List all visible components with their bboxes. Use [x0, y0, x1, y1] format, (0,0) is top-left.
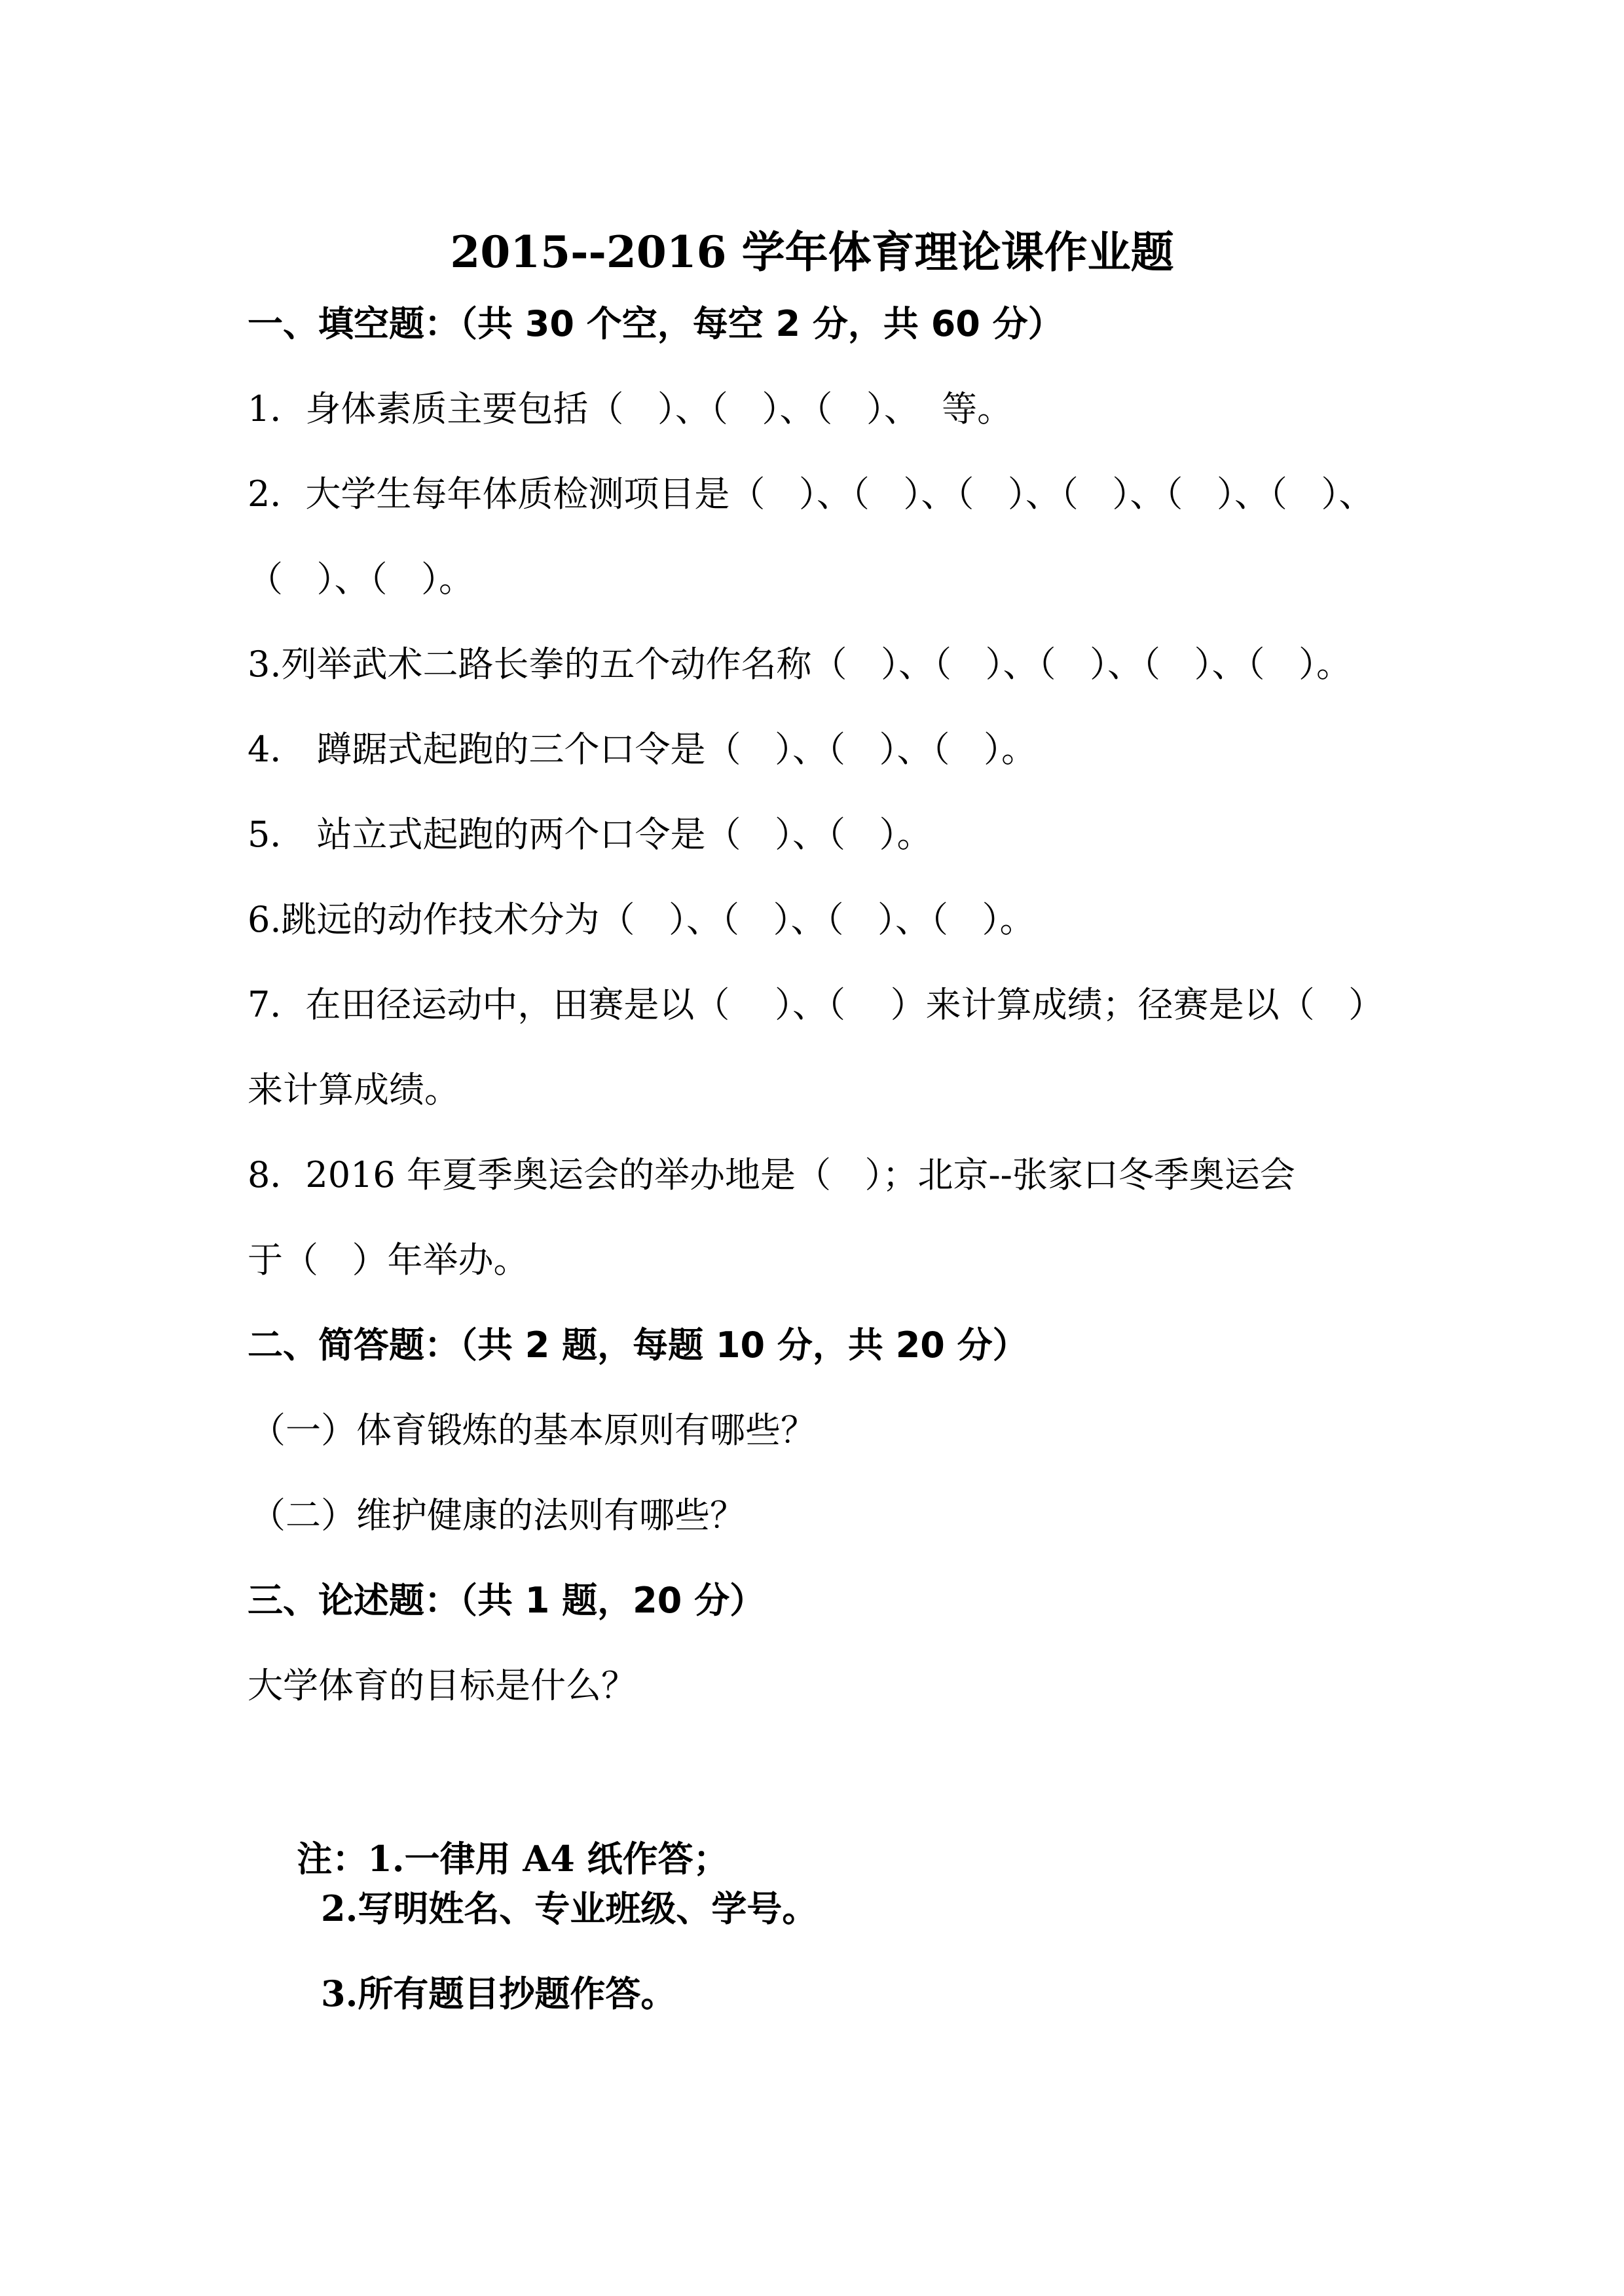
- question-8-cont: 于（ ）年举办。: [248, 1243, 529, 1278]
- question-5: 5． 站立式起跑的两个口令是（ ）、（ ）。: [248, 817, 932, 852]
- question-4: 4． 蹲踞式起跑的三个口令是（ ）、（ ）、（ ）。: [248, 732, 1037, 767]
- question-6: 6.跳远的动作技术分为（ ）、（ ）、（ ）、（ ）。: [248, 902, 1035, 938]
- short-answer-2: （二）维护健康的法则有哪些？: [250, 1498, 745, 1533]
- short-answer-1: （一）体育锻炼的基本原则有哪些？: [250, 1413, 816, 1448]
- question-2-cont: （ ）、（ ）。: [248, 562, 474, 597]
- note-item-2: 2.写明姓名、专业班级、学号。: [321, 1891, 817, 1926]
- section-heading-essay: 三、论述题：（共 1 题，20 分）: [248, 1583, 765, 1618]
- question-2: 2．大学生每年体质检测项目是（ ）、（ ）、（ ）、（ ）、（ ）、（ ）、: [248, 477, 1374, 512]
- question-3: 3.列举武术二路长拳的五个动作名称（ ）、（ ）、（ ）、（ ）、（ ）。: [248, 647, 1352, 682]
- question-7: 7．在田径运动中，田赛是以（ ）、（ ）来计算成绩；径赛是以（ ）: [248, 987, 1384, 1023]
- document-title: 2015--2016 学年体育理论课作业题: [0, 217, 1624, 280]
- question-7-cont: 来计算成绩。: [248, 1072, 460, 1108]
- section-heading-short-answer: 二、简答题：（共 2 题，每题 10 分，共 20 分）: [248, 1328, 1028, 1363]
- note-item-1: 1.一律用 A4 纸作答；: [367, 1838, 728, 1880]
- notes-label: 注：: [297, 1838, 367, 1880]
- question-1: 1．身体素质主要包括（ ）、（ ）、（ ）、 等。: [248, 392, 1012, 427]
- question-8: 8．2016 年夏季奥运会的举办地是（ ）；北京--张家口冬季奥运会: [248, 1157, 1295, 1193]
- note-item-3: 3.所有题目抄题作答。: [321, 1976, 676, 2011]
- essay-question: 大学体育的目标是什么？: [248, 1668, 637, 1704]
- document-page: 2015--2016 学年体育理论课作业题 一、填空题：（共 30 个空，每空 …: [0, 0, 1624, 2296]
- section-heading-fill-in: 一、填空题：（共 30 个空，每空 2 分，共 60 分）: [248, 306, 1063, 342]
